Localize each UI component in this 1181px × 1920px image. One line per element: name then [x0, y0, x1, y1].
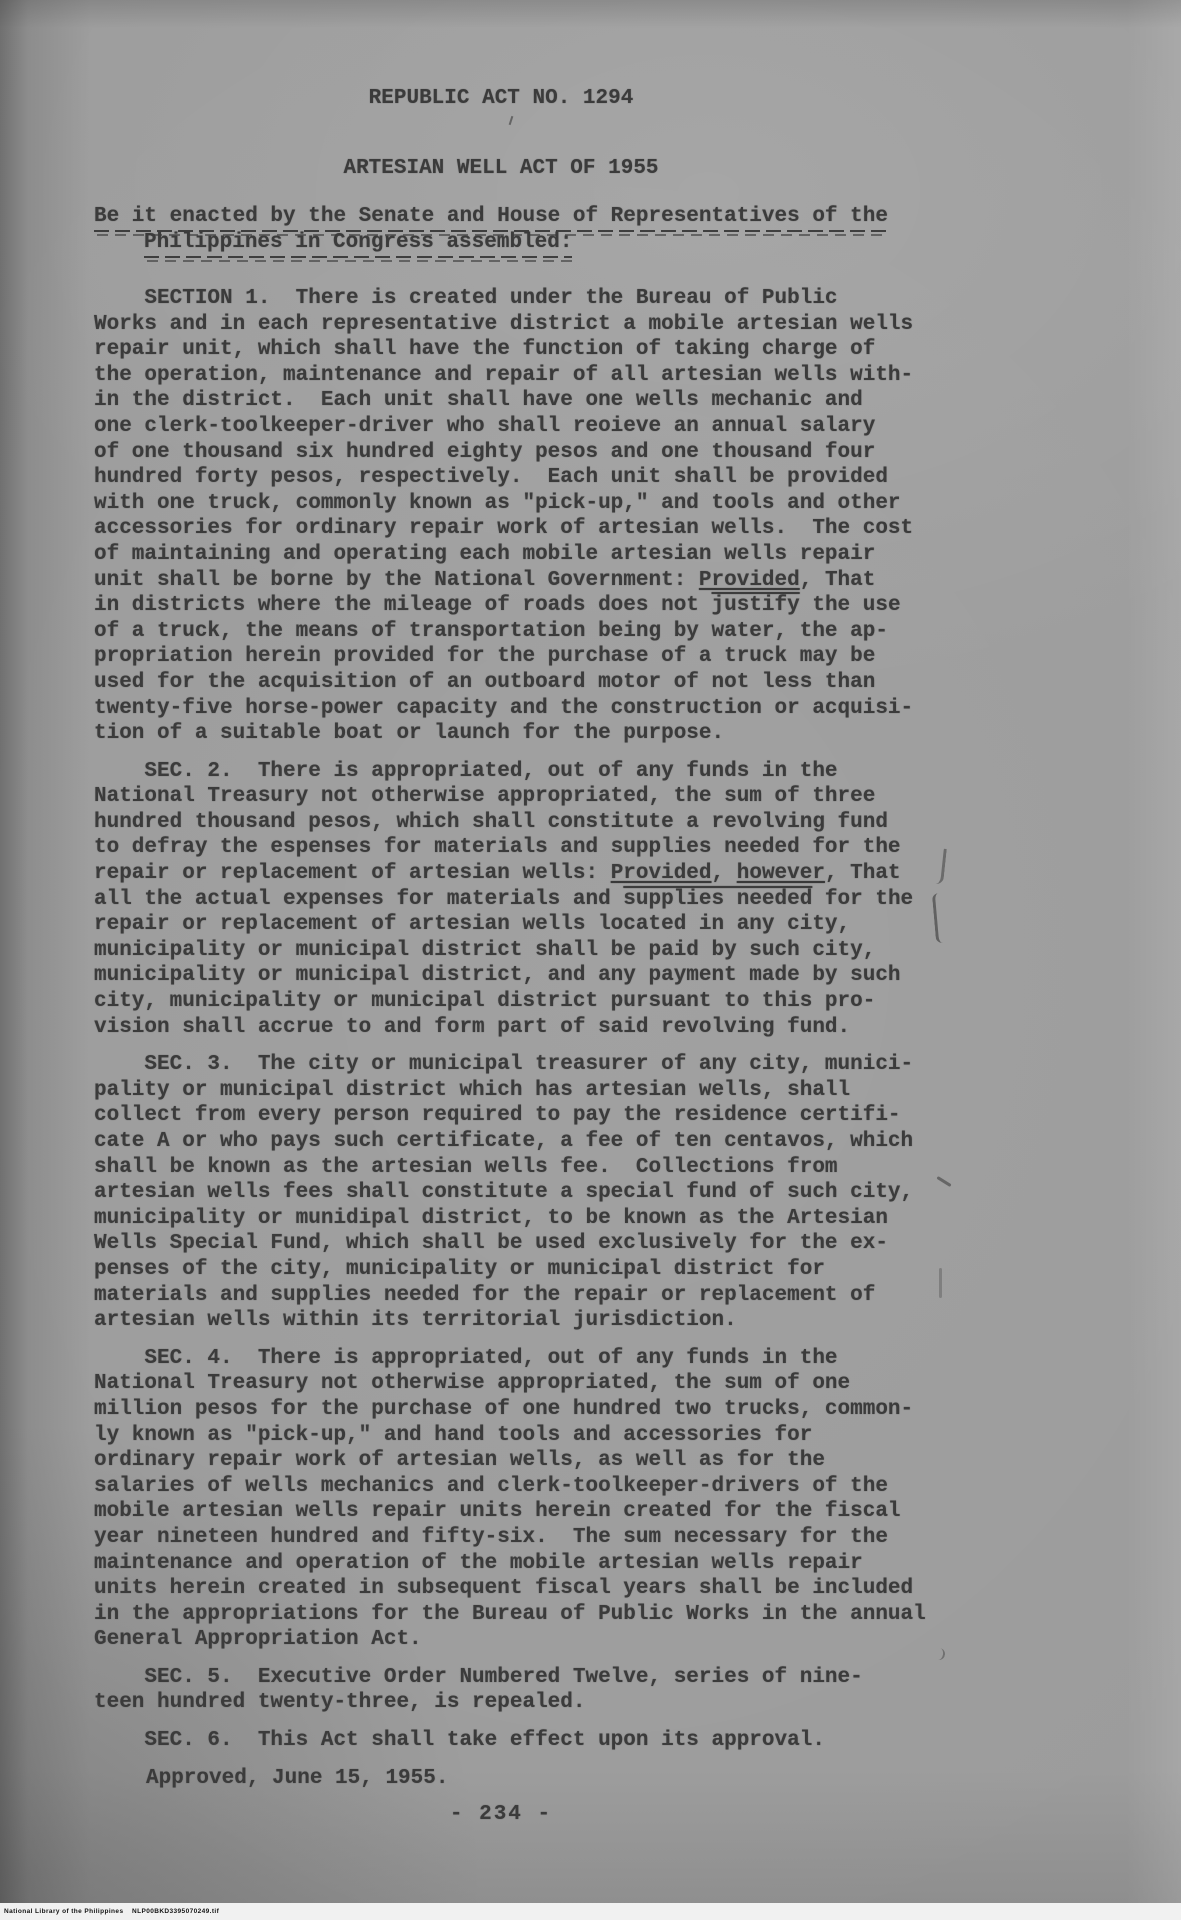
text-line: Works and in each representative distric…	[94, 312, 934, 338]
text-line: SEC. 4. There is appropriated, out of an…	[94, 1346, 934, 1372]
text-line: to defray the espenses for materials and…	[94, 835, 934, 861]
text-line: collect from every person required to pa…	[94, 1103, 934, 1129]
text-line: National Treasury not otherwise appropri…	[94, 784, 934, 810]
paragraph: SEC. 4. There is appropriated, out of an…	[94, 1346, 934, 1653]
paragraph: SEC. 6. This Act shall take effect upon …	[94, 1728, 934, 1754]
text-line: used for the acquisition of an outboard …	[94, 670, 934, 696]
text-line: the operation, maintenance and repair of…	[94, 363, 934, 389]
scanned-document-page: REPUBLIC ACT NO. 1294 ARTESIAN WELL ACT …	[0, 0, 1181, 1920]
text-line: teen hundred twenty-three, is repealed.	[94, 1690, 934, 1716]
paragraph: SEC. 3. The city or municipal treasurer …	[94, 1052, 934, 1334]
text-line: Wells Special Fund, which shall be used …	[94, 1231, 934, 1257]
paragraph: SEC. 2. There is appropriated, out of an…	[94, 759, 934, 1041]
text-line: penses of the city, municipality or muni…	[94, 1257, 934, 1283]
act-document: REPUBLIC ACT NO. 1294 ARTESIAN WELL ACT …	[94, 0, 934, 1828]
text-line: units herein created in subsequent fisca…	[94, 1576, 934, 1602]
paragraph: SECTION 1. There is created under the Bu…	[94, 286, 934, 747]
text-line: General Appropriation Act.	[94, 1627, 934, 1653]
text-line: municipality or munidipal district, to b…	[94, 1206, 934, 1232]
text-line: SEC. 3. The city or municipal treasurer …	[94, 1052, 934, 1078]
text-line: with one truck, commonly known as "pick-…	[94, 491, 934, 517]
text-line: unit shall be borne by the National Gove…	[94, 568, 934, 594]
text-line: shall be known as the artesian wells fee…	[94, 1155, 934, 1181]
text-line: accessories for ordinary repair work of …	[94, 516, 934, 542]
text-line: SEC. 6. This Act shall take effect upon …	[94, 1728, 934, 1754]
text-line: maintenance and operation of the mobile …	[94, 1551, 934, 1577]
text-line: SEC. 2. There is appropriated, out of an…	[94, 759, 934, 785]
text-line: municipality or municipal district shall…	[94, 938, 934, 964]
text-line: repair or replacement of artesian wells …	[94, 912, 934, 938]
text-line: one clerk-toolkeeper-driver who shall re…	[94, 414, 934, 440]
text-line: repair or replacement of artesian wells:…	[94, 861, 934, 887]
enacting-clause: Be it enacted by the Senate and House of…	[94, 204, 934, 256]
text-line: cate A or who pays such certificate, a f…	[94, 1129, 934, 1155]
text-line: vision shall accrue to and form part of …	[94, 1015, 934, 1041]
enacting-clause-line-2: Philippines in Congress assembled:	[144, 230, 572, 262]
text-line: pality or municipal district which has a…	[94, 1078, 934, 1104]
text-line: city, municipality or municipal district…	[94, 989, 934, 1015]
paragraph: SEC. 5. Executive Order Numbered Twelve,…	[94, 1665, 934, 1716]
scan-mark	[939, 1268, 942, 1298]
text-line: ly known as "pick-up," and hand tools an…	[94, 1423, 934, 1449]
text-line: in districts where the mileage of roads …	[94, 593, 934, 619]
enacting-clause-row: Be it enacted by the Senate and House of…	[94, 204, 934, 230]
text-line: artesian wells fees shall constitute a s…	[94, 1180, 934, 1206]
text-line: year nineteen hundred and fifty-six. The…	[94, 1525, 934, 1551]
text-line: National Treasury not otherwise appropri…	[94, 1371, 934, 1397]
scan-mark	[932, 893, 949, 944]
page-number: - 234 -	[68, 1802, 934, 1828]
text-line: municipality or municipal district, and …	[94, 963, 934, 989]
scanner-footer-bar: National Library of the Philippines NLP0…	[0, 1903, 1181, 1920]
text-line: propriation herein provided for the purc…	[94, 644, 934, 670]
text-line: of maintaining and operating each mobile…	[94, 542, 934, 568]
text-line: repair unit, which shall have the functi…	[94, 337, 934, 363]
text-line: SEC. 5. Executive Order Numbered Twelve,…	[94, 1665, 934, 1691]
text-line: mobile artesian wells repair units herei…	[94, 1499, 934, 1525]
text-line: in the district. Each unit shall have on…	[94, 388, 934, 414]
text-line: ordinary repair work of artesian wells, …	[94, 1448, 934, 1474]
text-line: SECTION 1. There is created under the Bu…	[94, 286, 934, 312]
act-body: SECTION 1. There is created under the Bu…	[94, 286, 934, 1754]
scan-mark	[932, 1647, 946, 1661]
scan-filename-label: NLP00BKD3395070249.tif	[132, 1908, 219, 1915]
text-line: artesian wells within its territorial ju…	[94, 1308, 934, 1334]
text-line: in the appropriations for the Bureau of …	[94, 1602, 934, 1628]
library-name-label: National Library of the Philippines	[4, 1908, 123, 1915]
scan-mark	[936, 1176, 951, 1187]
text-line: million pesos for the purchase of one hu…	[94, 1397, 934, 1423]
text-line: all the actual expenses for materials an…	[94, 887, 934, 913]
text-line: materials and supplies needed for the re…	[94, 1283, 934, 1309]
text-line: salaries of wells mechanics and clerk-to…	[94, 1474, 934, 1500]
text-line: hundred forty pesos, respectively. Each …	[94, 465, 934, 491]
text-line: hundred thousand pesos, which shall cons…	[94, 810, 934, 836]
text-line: of one thousand six hundred eighty pesos…	[94, 440, 934, 466]
text-line: twenty-five horse-power capacity and the…	[94, 696, 934, 722]
act-title-heading: ARTESIAN WELL ACT OF 1955	[68, 156, 934, 182]
text-line: tion of a suitable boat or launch for th…	[94, 721, 934, 747]
text-line: of a truck, the means of transportation …	[94, 619, 934, 645]
act-number-heading: REPUBLIC ACT NO. 1294	[68, 86, 934, 112]
approval-line: Approved, June 15, 1955.	[94, 1766, 934, 1792]
